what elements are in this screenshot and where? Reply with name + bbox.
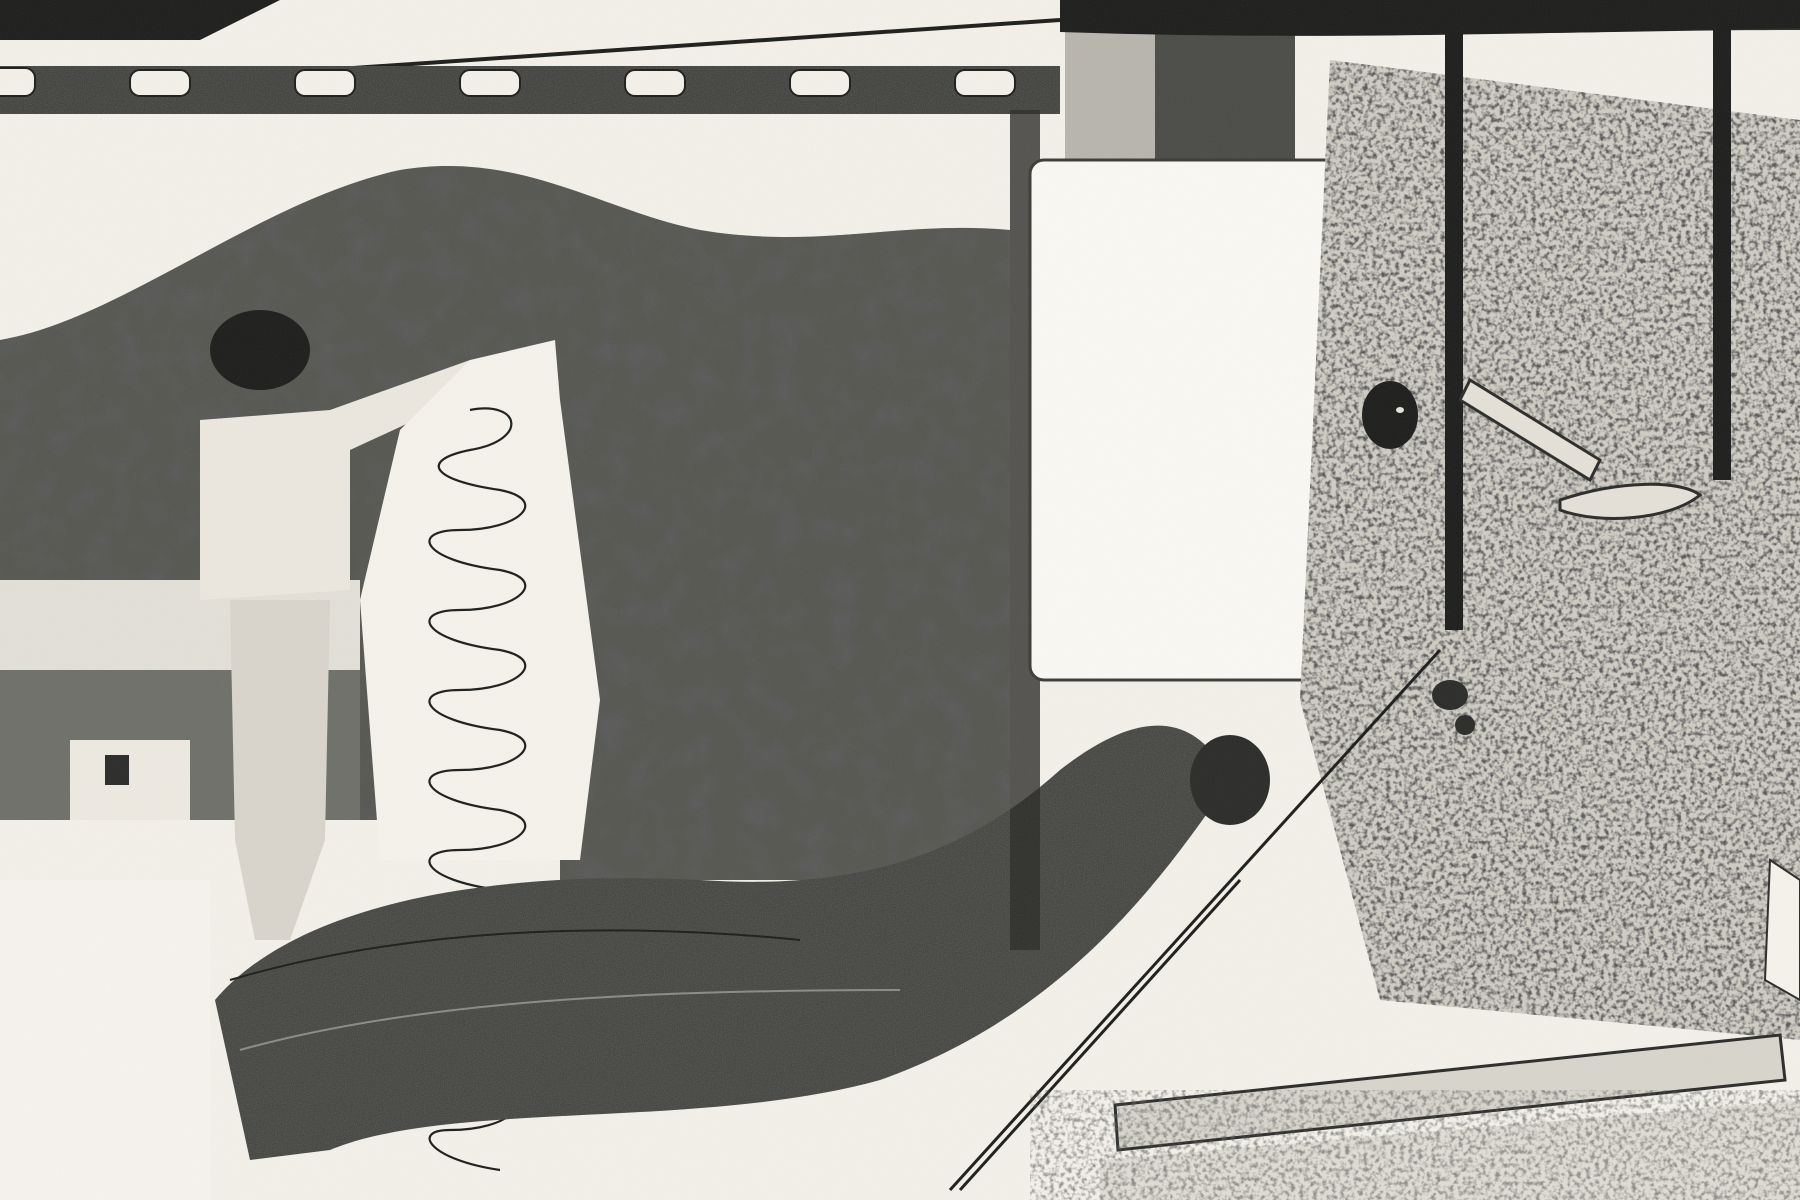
artwork (0, 0, 1800, 1200)
etching-canvas (0, 0, 1800, 1200)
paper-grain (0, 0, 1800, 1200)
